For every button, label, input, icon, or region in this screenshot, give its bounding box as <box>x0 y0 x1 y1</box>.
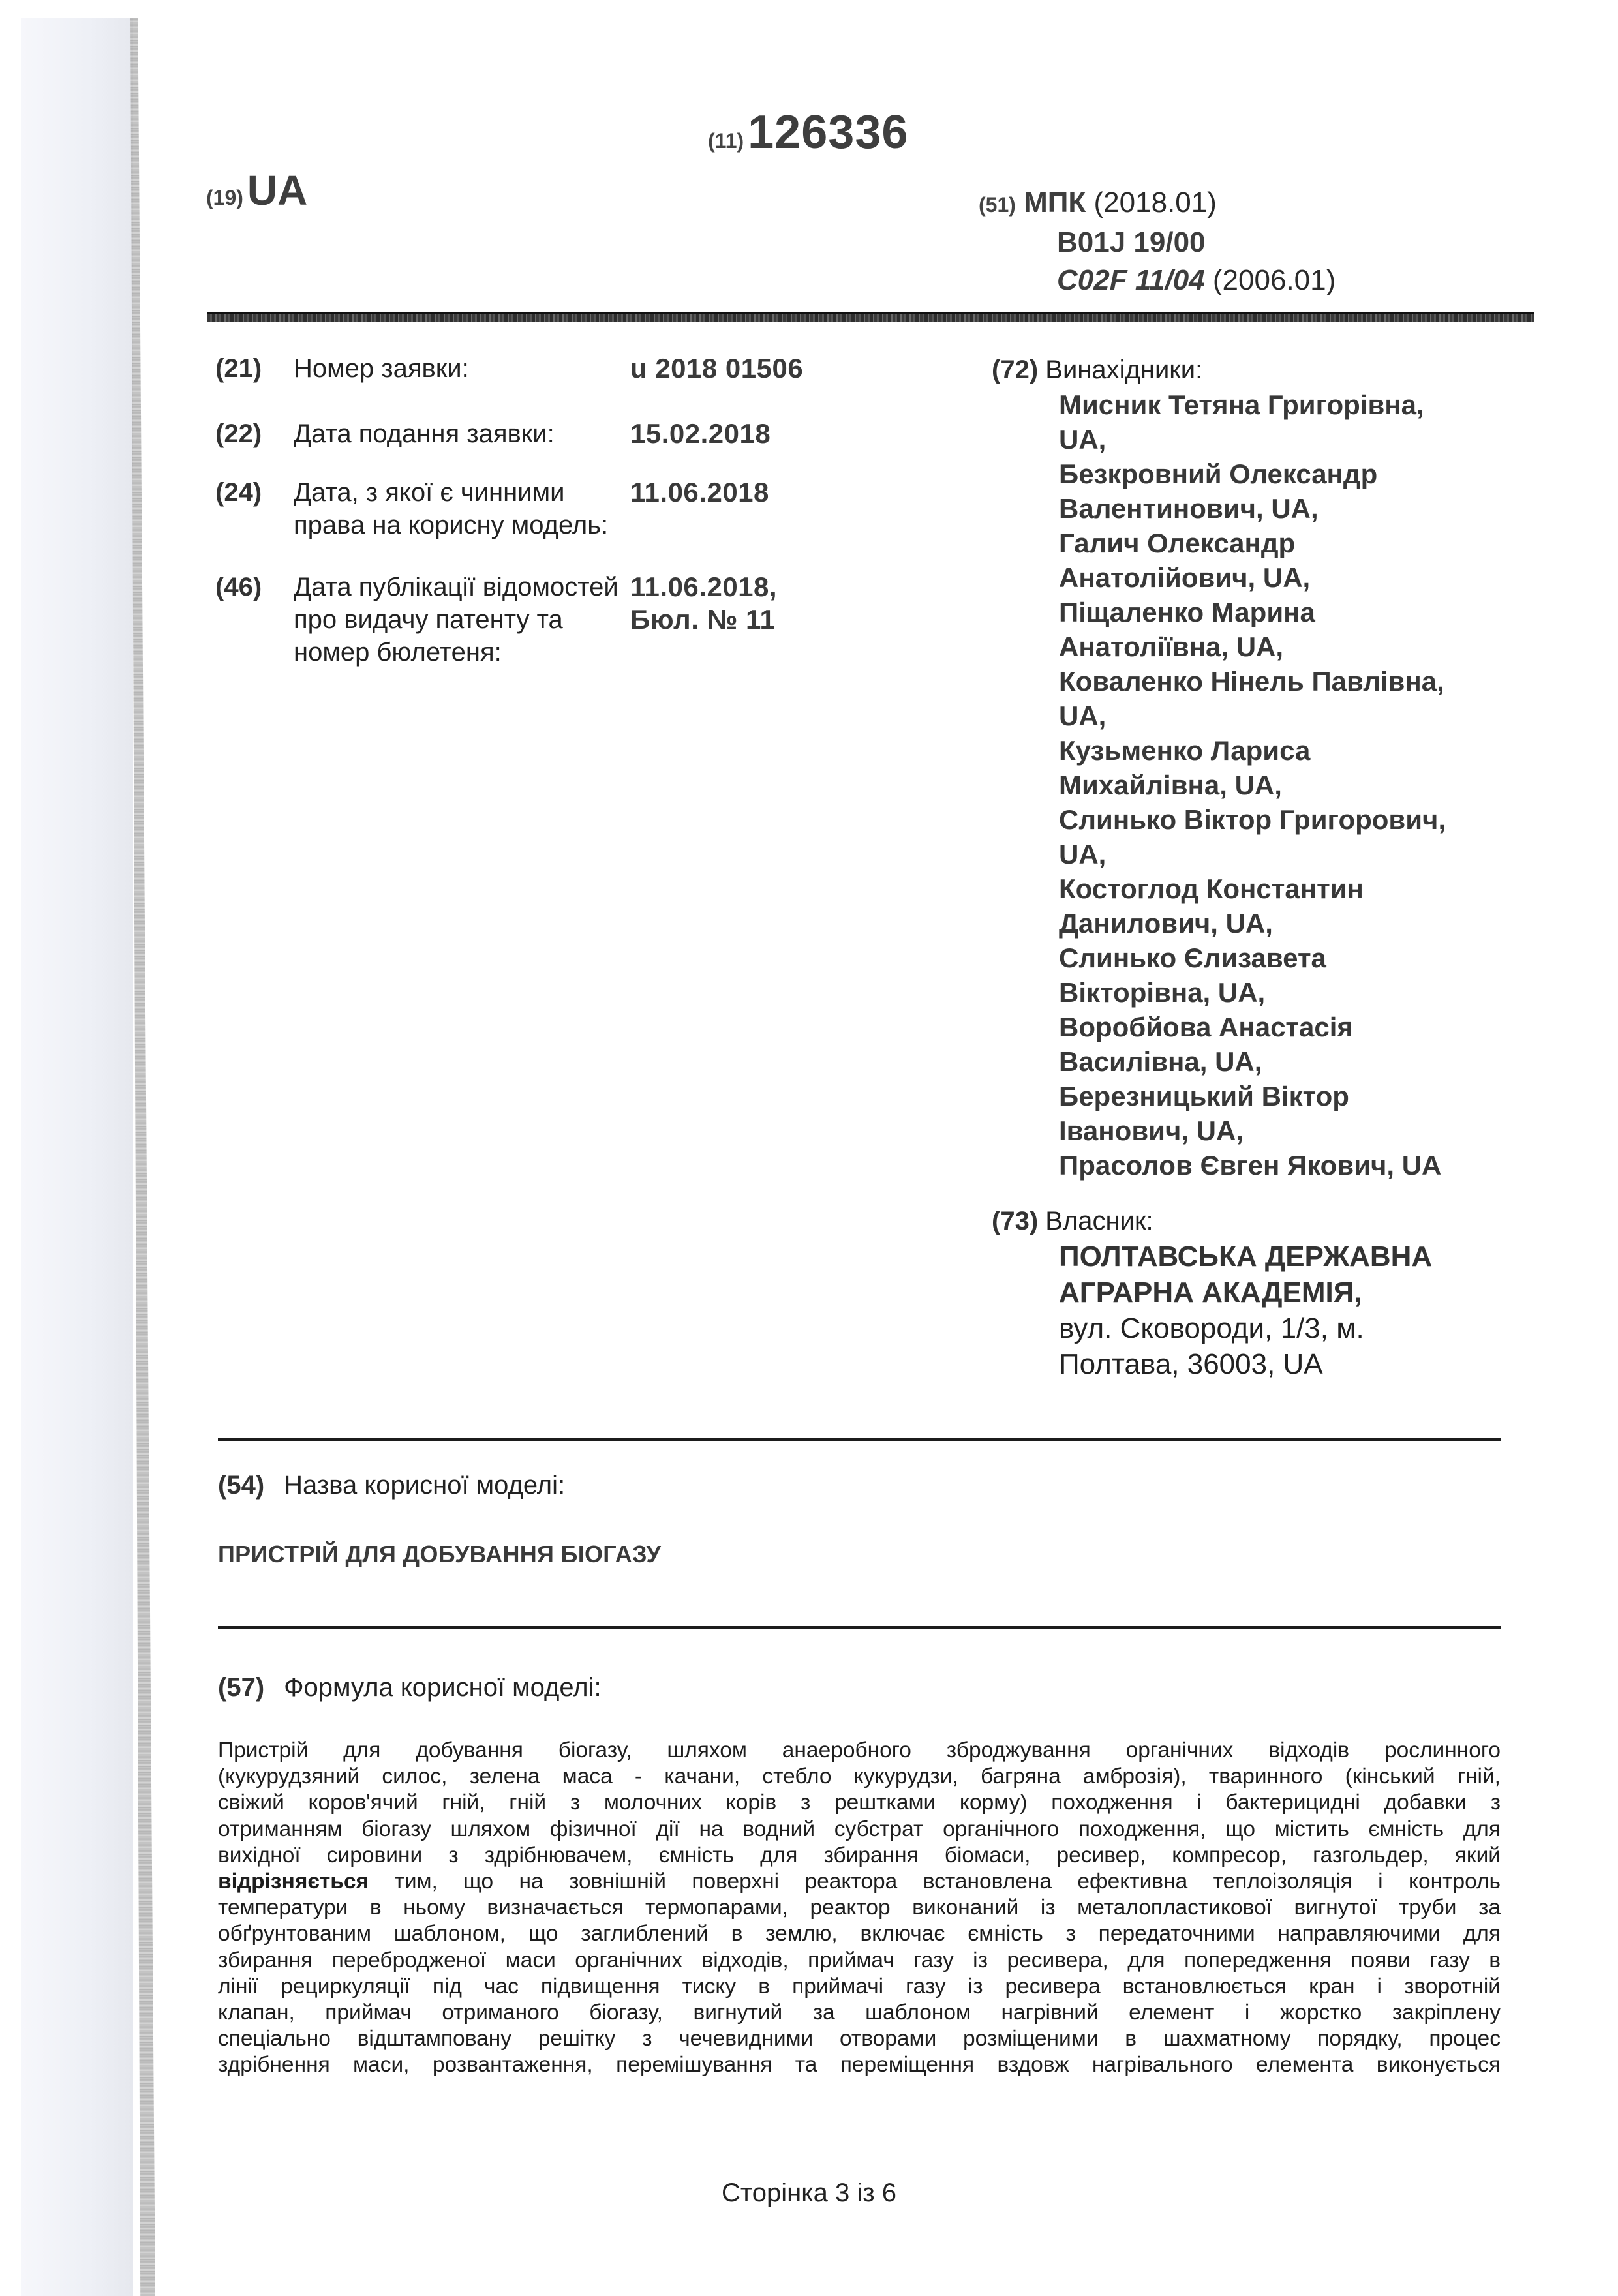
claims-line: здрібнення маси, розвантаження, перемішу… <box>218 2052 1501 2078</box>
scan-edge-shadow <box>130 18 155 2296</box>
claims-line: збирання перебродженої маси органічних в… <box>218 1948 1501 1974</box>
ipc-class-2-version: (2006.01) <box>1213 264 1336 296</box>
biblio-label: Дата подання заявки: <box>294 417 646 450</box>
claims-line: спеціально відштамповану решітку з чечев… <box>218 2026 1501 2052</box>
claims-line: свіжий коров'ячий гній, гній з молочних … <box>218 1790 1501 1816</box>
biblio-value: 15.02.2018 <box>630 417 771 450</box>
utility-model-title: ПРИСТРІЙ ДЛЯ ДОБУВАННЯ БІОГАЗУ <box>218 1541 661 1568</box>
claims-line: відрізняється тим, що на зовнішній повер… <box>218 1869 1501 1895</box>
owner-label: Власник: <box>1045 1207 1153 1235</box>
owner-org-line: ПОЛТАВСЬКА ДЕРЖАВНА <box>1059 1239 1527 1275</box>
inventor-line: Анатоліївна, UA, <box>1059 629 1527 664</box>
claims-line: вихідної сировини з здрібнювачем, ємніст… <box>218 1843 1501 1869</box>
claims-line: температури в ньому визначається термопа… <box>218 1895 1501 1921</box>
inventor-line: Валентинович, UA, <box>1059 491 1527 526</box>
page-number: Сторінка 3 із 6 <box>0 2179 1618 2208</box>
inventor-line: Слинько Віктор Григорович, <box>1059 802 1527 837</box>
patent-number-value: 126336 <box>748 106 908 159</box>
inventor-line: Воробйова Анастасія <box>1059 1010 1527 1044</box>
inventor-line: Мисник Тетяна Григорівна, <box>1059 387 1527 422</box>
ipc-label: МПК <box>1024 187 1086 219</box>
biblio-label: Дата, з якої є чиннимиправа на корисну м… <box>294 476 646 541</box>
inventor-line: UA, <box>1059 699 1527 733</box>
inventors-list: Мисник Тетяна Григорівна,UA,Безкровний О… <box>992 387 1527 1183</box>
inventor-line: Кузьменко Лариса <box>1059 733 1527 768</box>
biblio-value: 11.06.2018,Бюл. № 11 <box>630 571 777 636</box>
biblio-label: Номер заявки: <box>294 352 646 385</box>
claims-line: Пристрій для добування біогазу, шляхом а… <box>218 1738 1501 1764</box>
biblio-inid: (22) <box>215 417 262 450</box>
inventor-line: Костоглод Константин <box>1059 871 1527 906</box>
biblio-inid: (24) <box>215 476 262 509</box>
biblio-label: Дата публікації відомостейпро видачу пат… <box>294 571 646 669</box>
inventor-line: UA, <box>1059 422 1527 457</box>
inventor-line: Василівна, UA, <box>1059 1044 1527 1079</box>
inventor-line: Іванович, UA, <box>1059 1113 1527 1148</box>
header-divider <box>207 312 1534 322</box>
inventor-line: Безкровний Олександр <box>1059 457 1527 491</box>
owner-address-line: вул. Сковороди, 1/3, м. <box>1059 1310 1527 1346</box>
ipc-inid: (51) <box>979 193 1016 217</box>
patent-number: (11)126336 <box>708 106 908 159</box>
biblio-value: 11.06.2018 <box>630 476 769 509</box>
ipc-version: (2018.01) <box>1094 187 1217 219</box>
title-inid: (54) <box>218 1471 264 1500</box>
section-divider <box>218 1438 1501 1441</box>
biblio-inid: (46) <box>215 571 262 603</box>
owner-address-line: Полтава, 36003, UA <box>1059 1346 1527 1382</box>
inventor-line: Березницький Віктор <box>1059 1079 1527 1113</box>
inventors-label: Винахідники: <box>1045 355 1202 384</box>
biblio-inid: (21) <box>215 352 262 385</box>
title-section-heading: (54)Назва корисної моделі: <box>218 1471 565 1500</box>
ipc-class-2: C02F 11/04 <box>1057 264 1205 296</box>
claims-inid: (57) <box>218 1673 264 1702</box>
inventor-line: Михайлівна, UA, <box>1059 768 1527 802</box>
claims-line: лінії рециркуляції під час підвищення ти… <box>218 1974 1501 2000</box>
inventor-line: Коваленко Нінель Павлівна, <box>1059 664 1527 699</box>
section-divider <box>218 1626 1501 1629</box>
ipc-class-1: B01J 19/00 <box>979 224 1336 262</box>
inventor-line: Слинько Єлизавета <box>1059 941 1527 975</box>
inventor-line: Данилович, UA, <box>1059 906 1527 941</box>
title-label: Назва корисної моделі: <box>284 1471 565 1500</box>
claims-section-heading: (57)Формула корисної моделі: <box>218 1673 602 1702</box>
country-code: (19)UA <box>206 166 307 215</box>
country-code-inid: (19) <box>206 186 243 209</box>
inventor-line: Піщаленко Марина <box>1059 595 1527 629</box>
inventor-line: Анатолійович, UA, <box>1059 560 1527 595</box>
claims-line: отриманням біогазу шляхом фізичної дії н… <box>218 1817 1501 1843</box>
inventors-inid: (72) <box>992 355 1038 384</box>
claims-line: клапан, приймач отриманого біогазу, вигн… <box>218 2000 1501 2026</box>
inventor-line: Вікторівна, UA, <box>1059 975 1527 1010</box>
ipc-classification: (51) МПК (2018.01) B01J 19/00 C02F 11/04… <box>979 184 1336 299</box>
scan-margin-strip <box>21 18 133 2296</box>
owner-org-line: АГРАРНА АКАДЕМІЯ, <box>1059 1275 1527 1310</box>
claims-label: Формула корисної моделі: <box>284 1673 601 1702</box>
claims-text: Пристрій для добування біогазу, шляхом а… <box>218 1738 1501 2079</box>
inventors-section: (72) Винахідники: Мисник Тетяна Григорів… <box>992 352 1527 1183</box>
claims-line: (кукурудзяний силос, зелена маса - качан… <box>218 1764 1501 1790</box>
claims-line: обґрунтованим шаблоном, що заглиблений в… <box>218 1921 1501 1947</box>
owner-inid: (73) <box>992 1207 1038 1235</box>
inventor-line: UA, <box>1059 837 1527 871</box>
country-code-value: UA <box>247 167 307 214</box>
owner-section: (73) Власник: ПОЛТАВСЬКА ДЕРЖАВНА АГРАРН… <box>992 1203 1527 1382</box>
biblio-value: u 2018 01506 <box>630 352 803 385</box>
patent-number-inid: (11) <box>708 129 744 153</box>
inventor-line: Галич Олександр <box>1059 526 1527 560</box>
inventor-line: Прасолов Євген Якович, UA <box>1059 1148 1527 1183</box>
